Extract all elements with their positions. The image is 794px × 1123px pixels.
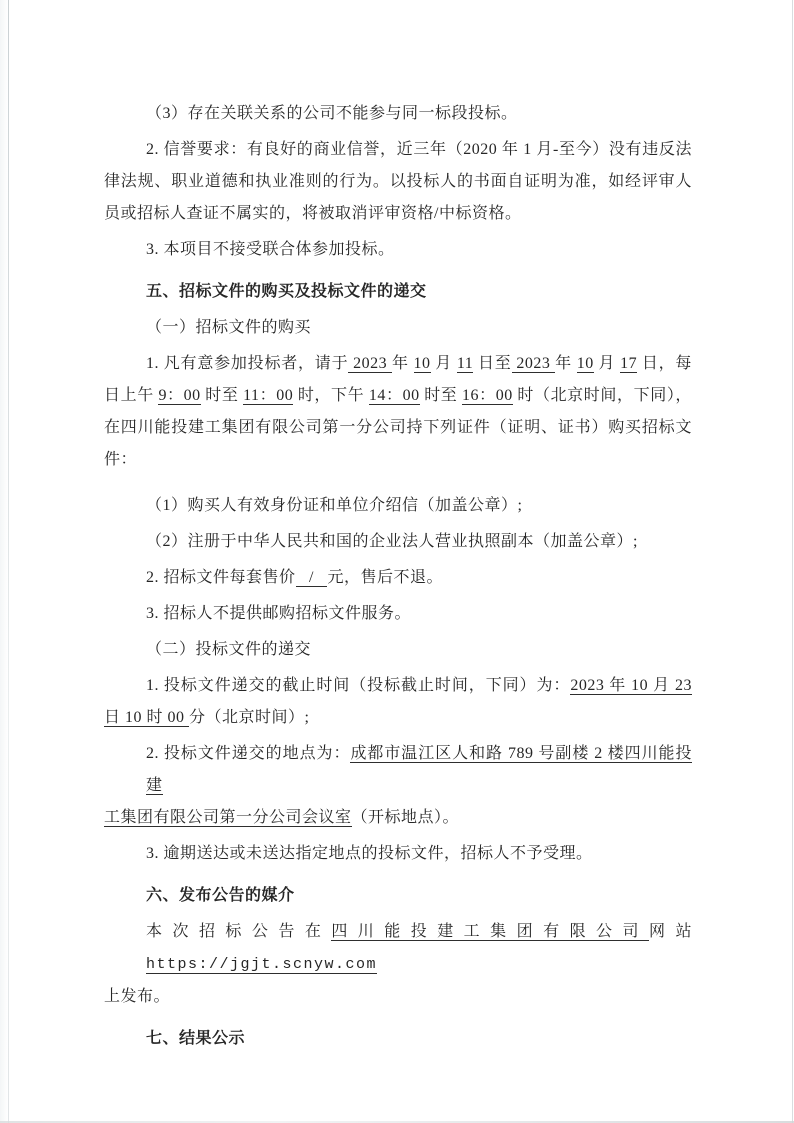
text-run: 3. 逾期送达或未送达指定地点的投标文件，招标人不予受理。 <box>146 845 593 862</box>
text-run: 律法规、职业道德和执业准则的行为。以投标人的书面自证明为准，如经评审人 <box>104 173 692 190</box>
underlined-run: 11 <box>457 355 473 373</box>
underlined-run: 2023 <box>512 355 556 373</box>
website-url: https://jgjt.scnyw.com <box>146 956 377 974</box>
text-run: 五、招标文件的购买及投标文件的递交 <box>146 283 427 300</box>
text-run: 元，售后不退。 <box>327 569 443 586</box>
section-7-heading: 七、结果公示 <box>104 1023 692 1055</box>
submission-place-l2: 工集团有限公司第一分公司会议室（开标地点）。 <box>104 802 692 834</box>
text-run: （一）招标文件的购买 <box>146 319 311 336</box>
underlined-run: 17 <box>620 355 637 373</box>
underlined-run: 日 10 时 00 <box>104 709 189 727</box>
text-run: 网站 <box>649 923 696 940</box>
text-run: 时（北京时间，下同）， <box>513 387 692 404</box>
scan-edge-left-tint <box>0 0 8 1123</box>
text-run: 1. 投标文件递交的截止时间（投标截止时间，下同）为： <box>146 677 570 694</box>
text-run: 分（北京时间）; <box>189 709 309 726</box>
subsection-5-2-heading: （二）投标文件的递交 <box>104 634 692 666</box>
purchase-time-l1: 1. 凡有意参加投标者，请于 2023 年 10 月 11 日至 2023 年 … <box>104 348 692 380</box>
text-run: 月 <box>431 355 457 372</box>
underlined-run: 四川能投建工集团有限公司 <box>331 923 649 941</box>
text-run: （开标地点）。 <box>352 809 460 826</box>
text-run: （3）存在关联关系的公司不能参与同一标段投标。 <box>146 105 518 122</box>
underlined-run: 2023 <box>348 355 392 373</box>
text-run: 日上午 <box>104 387 158 404</box>
announcement-media-l2: 上发布。 <box>104 981 692 1013</box>
underlined-run: 14：00 <box>369 387 420 405</box>
text-run: 六、发布公告的媒介 <box>146 887 295 904</box>
submission-deadline-l2: 日 10 时 00 分（北京时间）; <box>104 702 692 734</box>
underlined-run: 工集团有限公司第一分公司会议室 <box>104 809 352 827</box>
underlined-run: 10 <box>414 355 431 373</box>
clause-credit-requirement-l3: 员或招标人查证不属实的，将被取消评审资格/中标资格。 <box>104 198 692 230</box>
section-5-heading: 五、招标文件的购买及投标文件的递交 <box>104 276 692 308</box>
purchase-time-l2: 日上午 9：00 时至 11：00 时，下午 14：00 时至 16：00 时（… <box>104 380 692 412</box>
clause-related-company-restriction: （3）存在关联关系的公司不能参与同一标段投标。 <box>104 98 692 130</box>
text-run: 员或招标人查证不属实的，将被取消评审资格/中标资格。 <box>104 205 521 222</box>
text-run: （2）注册于中华人民共和国的企业法人营业执照副本（加盖公章）; <box>146 533 638 550</box>
scan-edge-right-line <box>792 0 793 1123</box>
text-run: 时至 <box>420 387 462 404</box>
text-run: （二）投标文件的递交 <box>146 641 311 658</box>
scan-edge-left-line <box>8 0 9 1123</box>
clause-credit-requirement-l2: 律法规、职业道德和执业准则的行为。以投标人的书面自证明为准，如经评审人 <box>104 166 692 198</box>
underlined-run: / <box>296 569 328 587</box>
document-page: （3）存在关联关系的公司不能参与同一标段投标。2. 信誉要求：有良好的商业信誉，… <box>0 0 794 1123</box>
text-run: 件： <box>104 451 137 468</box>
no-mail-order-clause: 3. 招标人不提供邮购招标文件服务。 <box>104 598 692 630</box>
text-run: 2. 招标文件每套售价 <box>146 569 296 586</box>
underlined-run: 10 <box>577 355 594 373</box>
underlined-run: 11：00 <box>243 387 293 405</box>
text-run: 3. 招标人不提供邮购招标文件服务。 <box>146 605 411 622</box>
text-run: 在四川能投建工集团有限公司第一分公司持下列证件（证明、证书）购买招标文 <box>104 419 692 436</box>
underlined-run: 2023 年 10 月 23 <box>570 677 692 695</box>
submission-deadline-l1: 1. 投标文件递交的截止时间（投标截止时间，下同）为：2023 年 10 月 2… <box>104 670 692 702</box>
text-run: 日至 <box>473 355 511 372</box>
text-run: 本次招标公告在 <box>146 923 331 940</box>
text-run: 2. 投标文件递交的地点为： <box>146 745 350 762</box>
submission-place-l1: 2. 投标文件递交的地点为：成都市温江区人和路 789 号副楼 2 楼四川能投建 <box>104 738 692 802</box>
underlined-run: 9：00 <box>158 387 200 405</box>
late-delivery-clause: 3. 逾期送达或未送达指定地点的投标文件，招标人不予受理。 <box>104 838 692 870</box>
text-run: 3. 本项目不接受联合体参加投标。 <box>146 241 395 258</box>
text-run: （1）购买人有效身份证和单位介绍信（加盖公章）; <box>146 497 522 514</box>
underlined-run: 16：00 <box>462 387 513 405</box>
purchase-cert-item-1: （1）购买人有效身份证和单位介绍信（加盖公章）; <box>104 490 692 522</box>
doc-price-clause: 2. 招标文件每套售价 / 元，售后不退。 <box>104 562 692 594</box>
text-run: 2. 信誉要求：有良好的商业信誉，近三年（2020 年 1 月-至今）没有违反法 <box>146 141 692 158</box>
text-run: 日，每 <box>637 355 692 372</box>
text-run: 时至 <box>201 387 243 404</box>
text-run: 月 <box>594 355 620 372</box>
document-body: （3）存在关联关系的公司不能参与同一标段投标。2. 信誉要求：有良好的商业信誉，… <box>104 98 692 1055</box>
subsection-5-1-heading: （一）招标文件的购买 <box>104 312 692 344</box>
text-run: 时，下午 <box>293 387 369 404</box>
clause-credit-requirement-l1: 2. 信誉要求：有良好的商业信誉，近三年（2020 年 1 月-至今）没有违反法 <box>104 134 692 166</box>
clause-no-consortium: 3. 本项目不接受联合体参加投标。 <box>104 234 692 266</box>
text-run: 年 <box>392 355 414 372</box>
purchase-time-l4: 件： <box>104 444 692 476</box>
purchase-time-l3: 在四川能投建工集团有限公司第一分公司持下列证件（证明、证书）购买招标文 <box>104 412 692 444</box>
announcement-media-l1: 本次招标公告在四川能投建工集团有限公司网站 https://jgjt.scnyw… <box>104 916 692 981</box>
section-6-heading: 六、发布公告的媒介 <box>104 880 692 912</box>
text-run: 上发布。 <box>104 988 170 1005</box>
text-run: 七、结果公示 <box>146 1030 245 1047</box>
text-run: 1. 凡有意参加投标者，请于 <box>146 355 348 372</box>
text-run: 年 <box>555 355 577 372</box>
purchase-cert-item-2: （2）注册于中华人民共和国的企业法人营业执照副本（加盖公章）; <box>104 526 692 558</box>
